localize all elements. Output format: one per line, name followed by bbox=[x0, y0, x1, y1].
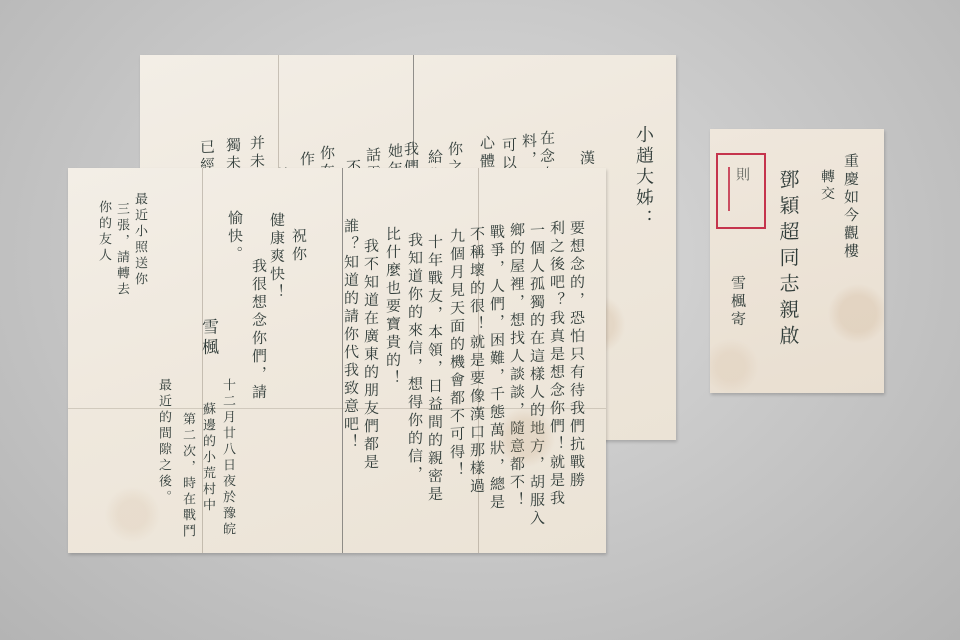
signature: 雪楓 bbox=[199, 318, 216, 359]
letter-column: 我很想念你們，請 bbox=[251, 258, 266, 403]
letter-column: 健康爽快！ bbox=[269, 212, 284, 303]
seal-text: 則 bbox=[728, 167, 752, 211]
letter-column: 最近的間隙之後。 bbox=[157, 378, 170, 506]
envelope-address: 重慶如今觀樓 bbox=[843, 153, 858, 262]
postscript: 三張，請轉去 bbox=[115, 202, 128, 298]
letter-column: 要想念的，恐怕只有待我們抗戰勝 bbox=[569, 220, 584, 491]
letter-column: 祝你 bbox=[291, 228, 306, 265]
letter-column: 誰？知道的請你代我致意吧！ bbox=[343, 218, 358, 453]
postscript: 你的友人 bbox=[97, 200, 110, 264]
postscript: 最近小照送你 bbox=[133, 192, 146, 288]
letter-column: 蘇邊的小荒村中 bbox=[201, 402, 214, 514]
envelope-address: 轉交 bbox=[820, 169, 834, 203]
letter-column: 漢 bbox=[579, 150, 594, 169]
letter-column: 九個月見天面的機會都不可得！ bbox=[449, 228, 464, 481]
letter-column: 第二次，時在戰鬥 bbox=[181, 412, 194, 540]
letter-column: 比什麼也要寶貴的！ bbox=[385, 226, 400, 389]
letter-column: 利之後吧？我真是想念你們！就是我 bbox=[549, 220, 564, 509]
letter-column: 我知道你的來信，想得你的信， bbox=[407, 232, 422, 485]
envelope-recipient: 鄧穎超同志親啟 bbox=[778, 169, 798, 352]
envelope: 則 重慶如今觀樓 轉交 鄧穎超同志親啟 雪楓寄 bbox=[710, 129, 884, 393]
letter-column: 戰爭，人們，困難，千態萬狀，總是 bbox=[489, 224, 504, 513]
letter-date: 十二月廿八日夜於豫皖 bbox=[221, 378, 234, 538]
letter-greeting: 小趙大姊： bbox=[634, 125, 652, 231]
front-letter-sheet: 要想念的，恐怕只有待我們抗戰勝 利之後吧？我真是想念你們！就是我 一個人孤獨的在… bbox=[68, 168, 606, 553]
envelope-sender: 雪楓寄 bbox=[730, 275, 745, 330]
letter-column: 我不知道在廣東的朋友們都是 bbox=[363, 238, 378, 473]
letter-column: 鄉的屋裡，想找人談談，隨意都不！ bbox=[509, 222, 524, 511]
letter-column: 一個人孤獨的在這樣人的地方，胡服入 bbox=[529, 222, 544, 529]
letter-column: 愉快。 bbox=[227, 210, 242, 265]
letter-column: 不稱壞的很！就是要像漢口那樣過 bbox=[469, 226, 484, 497]
letter-column: 十年戰友，本領，日益間的親密是 bbox=[427, 234, 442, 505]
red-seal-box: 則 bbox=[716, 153, 766, 229]
